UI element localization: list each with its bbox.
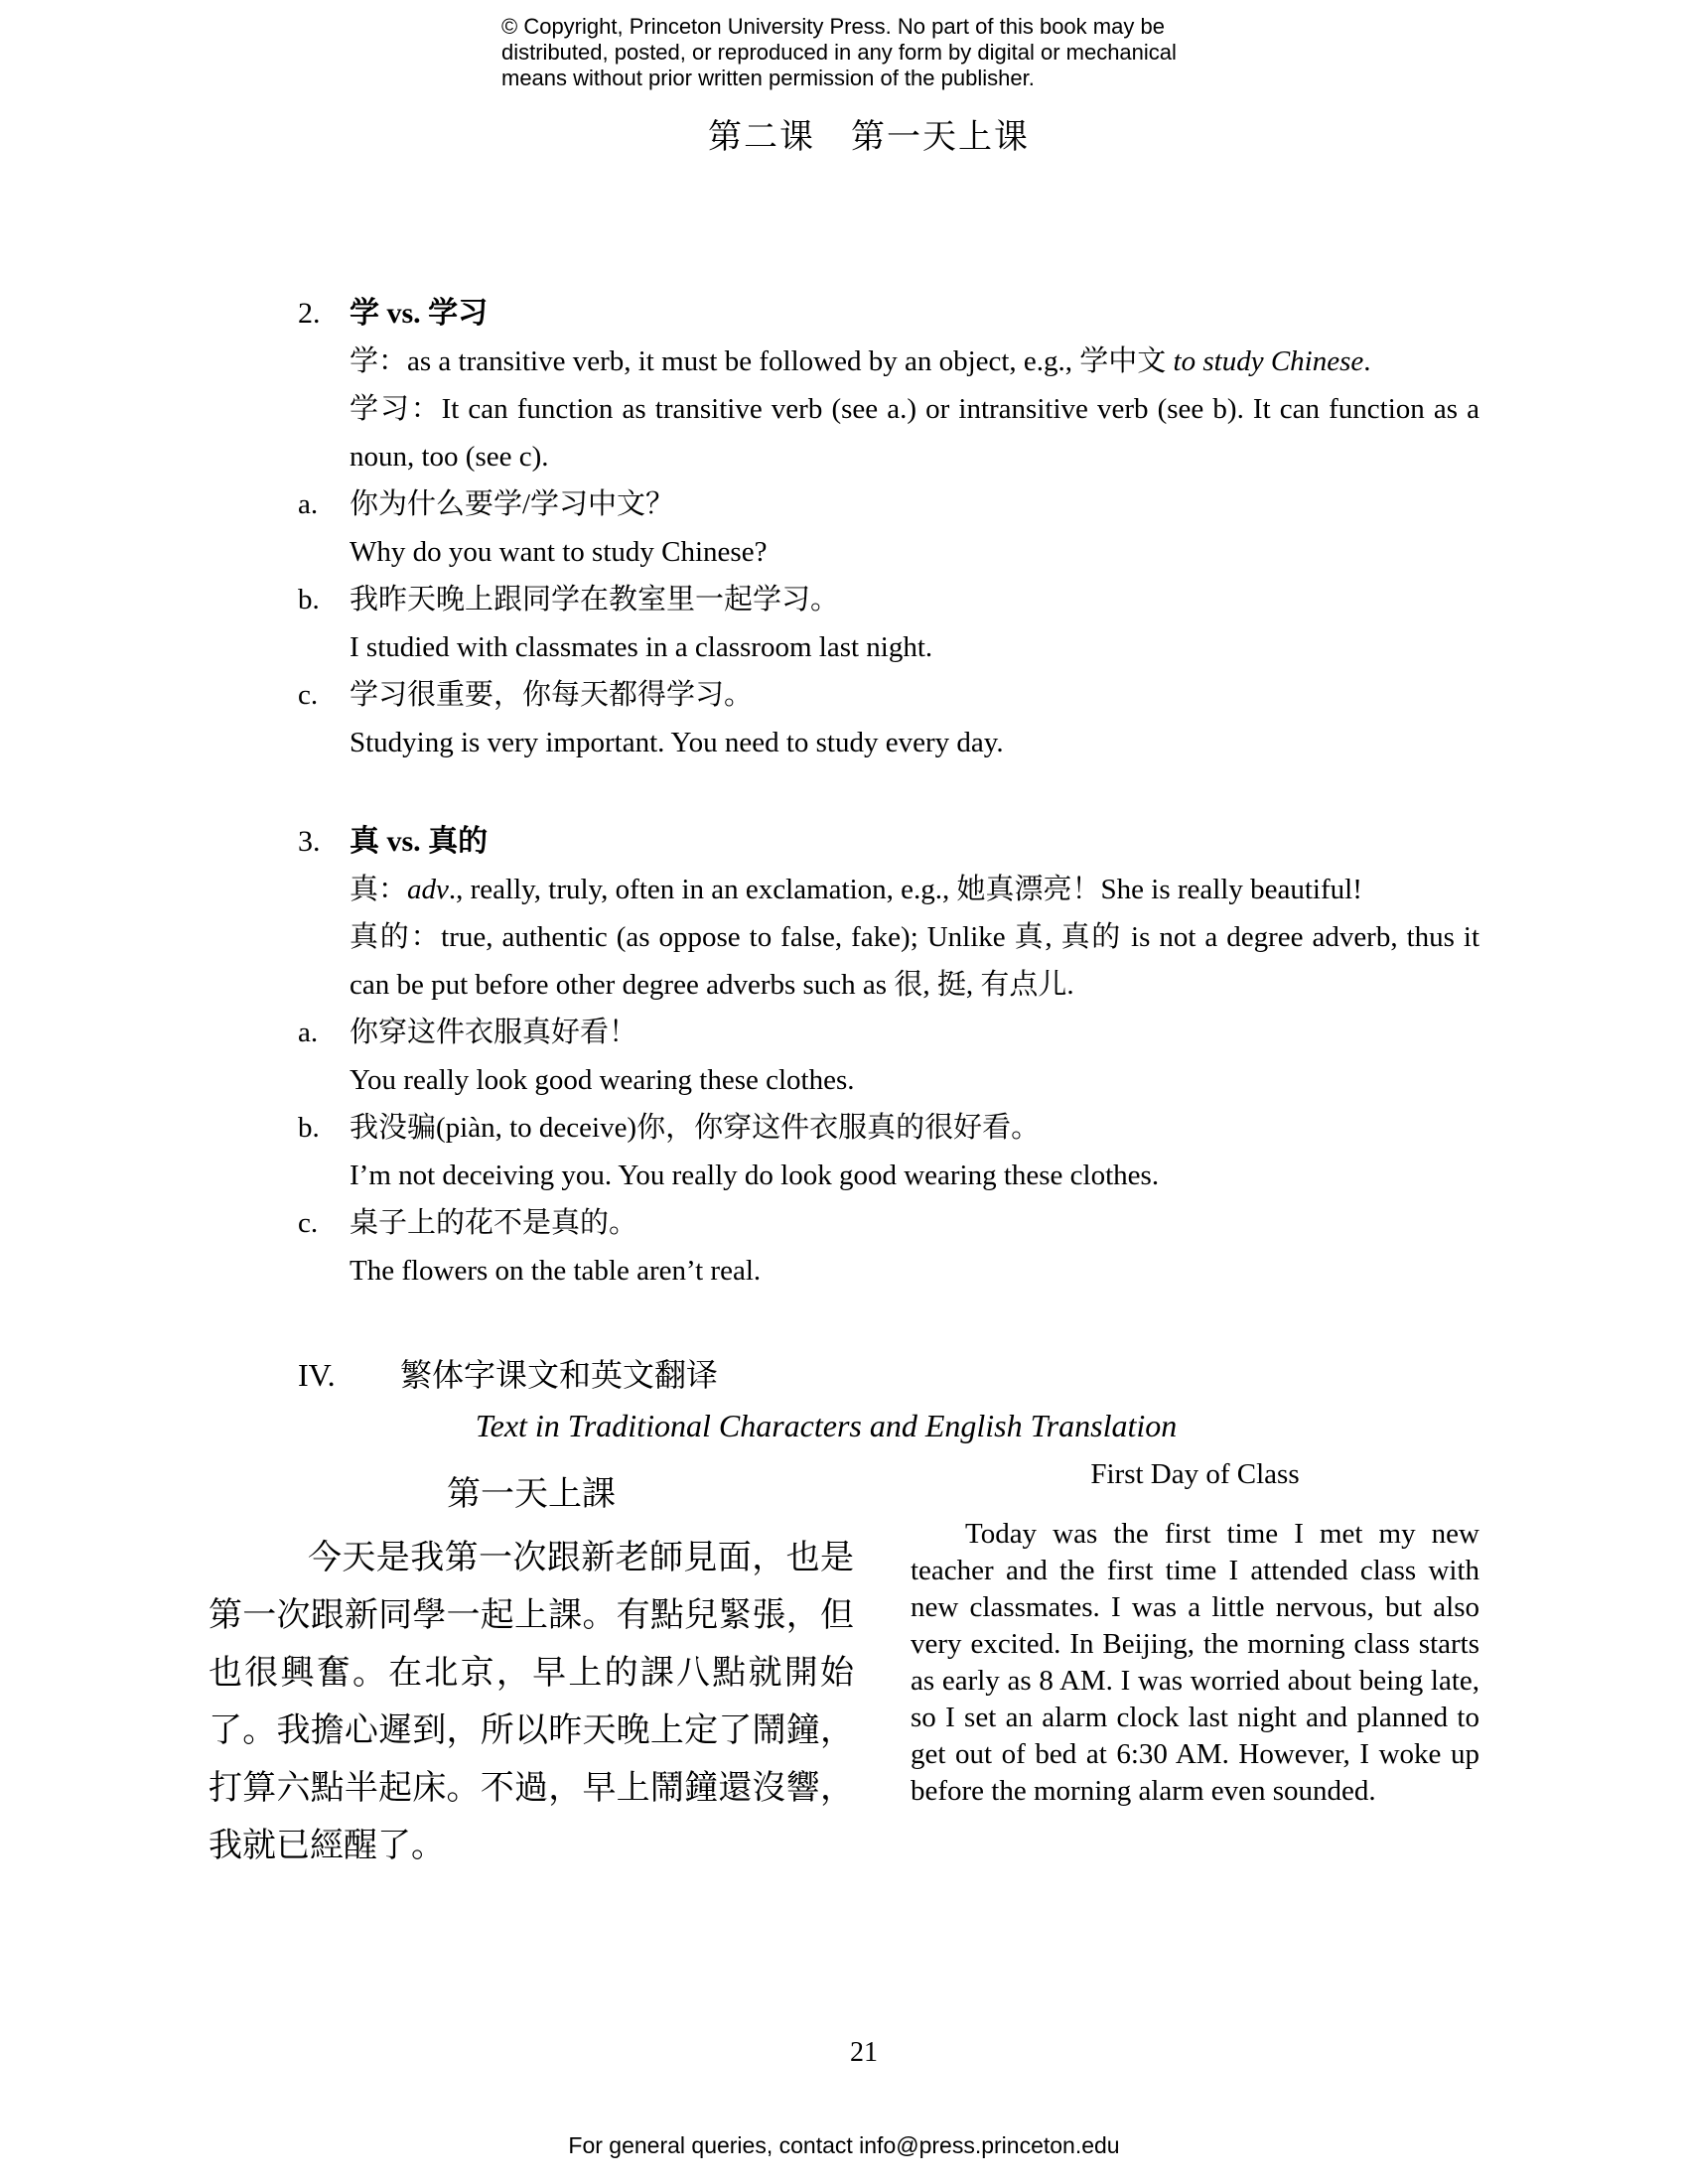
english-text-title: First Day of Class [911,1454,1479,1494]
item-label: c. [298,671,318,719]
traditional-text-column: 第一天上課 今天是我第一次跟新老師見面，也是第一次跟新同學一起上課。有點兒緊張，… [209,1454,854,1875]
example-english: I’m not deceiving you. You really do loo… [350,1152,1479,1199]
definition-italic: to study Chinese [1174,345,1364,377]
example-item: a. 你为什么要学/学习中文？ Why do you want to study… [298,480,1479,576]
definition-italic: adv [407,874,449,905]
section-heading: 2. 学 vs. 学习 [298,290,1479,338]
item-label: b. [298,1104,320,1152]
section-heading: 3. 真 vs. 真的 [298,818,1479,866]
definition-line: 真的：true, authentic (as oppose to false, … [350,913,1479,1009]
item-label: b. [298,576,320,623]
grammar-section-2: 2. 学 vs. 学习 学：as a transitive verb, it m… [298,290,1479,766]
chinese-text-title: 第一天上課 [209,1466,854,1524]
section-title-chinese: 繁体字课文和英文翻译 [400,1357,718,1393]
example-item: c. 桌子上的花不是真的。 The flowers on the table a… [298,1199,1479,1295]
example-item: a. 你穿这件衣服真好看！ You really look good weari… [298,1009,1479,1104]
example-english: I studied with classmates in a classroom… [350,623,1479,671]
lesson-header: 第二课 第一天上课 [0,109,1688,158]
example-chinese: 学习很重要，你每天都得学习。 [350,671,1479,719]
section-number: IV. [298,1349,336,1401]
definition-line: 学：as a transitive verb, it must be follo… [350,338,1479,385]
example-english: The flowers on the table aren’t real. [350,1247,1479,1295]
section-title: 真 vs. 真的 [350,825,488,858]
definition-text: 学：as a transitive verb, it must be follo… [350,345,1174,377]
english-translation-column: First Day of Class Today was the first t… [911,1454,1479,1875]
definition-line: 真：adv., really, truly, often in an excla… [350,866,1479,913]
definition-text-end: . [1363,345,1370,377]
example-chinese: 我昨天晚上跟同学在教室里一起学习。 [350,576,1479,623]
copyright-notice: © Copyright, Princeton University Press.… [501,14,1177,91]
definition-text-end: ., really, truly, often in an exclamatio… [449,874,1362,905]
section-title: 学 vs. 学习 [350,297,488,330]
page-number: 21 [0,2037,1688,2069]
footer-contact: For general queries, contact info@press.… [0,2132,1688,2159]
example-item: b. 我没骗(piàn, to deceive)你，你穿这件衣服真的很好看。 I… [298,1104,1479,1199]
two-column-text: 第一天上課 今天是我第一次跟新老師見面，也是第一次跟新同學一起上課。有點兒緊張，… [209,1454,1479,1875]
example-chinese: 桌子上的花不是真的。 [350,1199,1479,1247]
section-four-heading: IV. 繁体字课文和英文翻译 [298,1349,1479,1401]
item-label: a. [298,480,318,528]
item-label: a. [298,1009,318,1056]
definition-line: 学习：It can function as transitive verb (s… [350,385,1479,480]
example-chinese: 我没骗(piàn, to deceive)你，你穿这件衣服真的很好看。 [350,1104,1479,1152]
definition-text: 真： [350,874,407,905]
section-number: 2. [298,290,321,338]
example-english: Studying is very important. You need to … [350,719,1479,766]
example-item: b. 我昨天晚上跟同学在教室里一起学习。 I studied with clas… [298,576,1479,671]
main-content: 2. 学 vs. 学习 学：as a transitive verb, it m… [298,290,1479,1875]
example-chinese: 你为什么要学/学习中文？ [350,480,1479,528]
example-english: Why do you want to study Chinese? [350,528,1479,576]
example-english: You really look good wearing these cloth… [350,1056,1479,1104]
item-label: c. [298,1199,318,1247]
textbook-page: © Copyright, Princeton University Press.… [0,0,1688,2184]
english-text-paragraph: Today was the first time I met my new te… [911,1516,1479,1810]
grammar-section-3: 3. 真 vs. 真的 真：adv., really, truly, often… [298,818,1479,1295]
chinese-text-paragraph: 今天是我第一次跟新老師見面，也是第一次跟新同學一起上課。有點兒緊張，但也很興奮。… [209,1530,854,1875]
section-subtitle-english: Text in Traditional Characters and Engli… [298,1401,1354,1450]
example-item: c. 学习很重要，你每天都得学习。 Studying is very impor… [298,671,1479,766]
example-chinese: 你穿这件衣服真好看！ [350,1009,1479,1056]
section-four: IV. 繁体字课文和英文翻译 Text in Traditional Chara… [298,1349,1479,1875]
section-number: 3. [298,818,321,866]
